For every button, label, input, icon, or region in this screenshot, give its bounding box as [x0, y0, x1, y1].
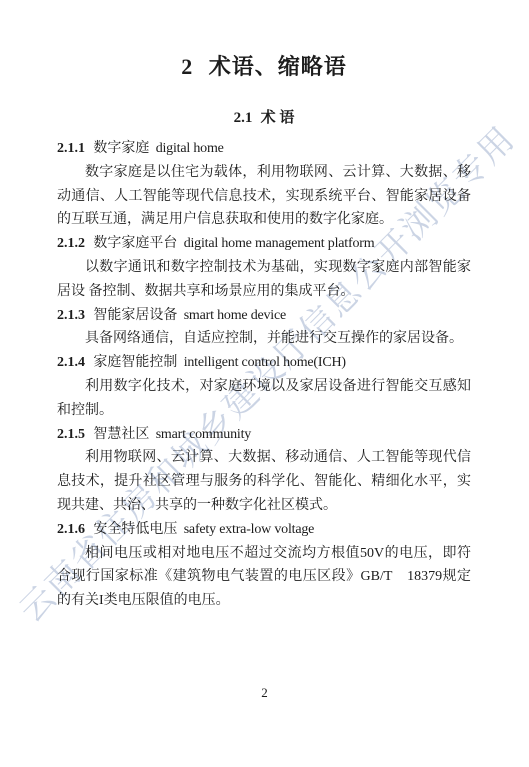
term-definition: 利用数字化技术，对家庭环境以及家居设备进行智能交互感知和控制。: [57, 375, 471, 423]
term-definition: 以数字通讯和数字控制技术为基础，实现数字家庭内部智能家居设 备控制、数据共享和场…: [57, 256, 471, 304]
chapter-title-text: 术语、缩略语: [209, 54, 347, 79]
section-heading-text: 术 语: [261, 110, 295, 126]
term-chinese: 家庭智能控制: [93, 355, 177, 370]
terms-list: 2.1.1数字家庭digital home 数字家庭是以住宅为载体，利用物联网、…: [57, 137, 471, 613]
term-chinese: 智慧社区: [93, 427, 149, 442]
term-english: digital home management platform: [184, 236, 375, 251]
page-content: 2术语、缩略语 2.1术 语 2.1.1数字家庭digital home 数字家…: [57, 0, 471, 613]
term-section: 2.1.6安全特低电压safety extra-low voltage 相间电压…: [57, 518, 471, 613]
term-chinese: 数字家庭: [93, 141, 149, 156]
term-number: 2.1.1: [57, 141, 85, 156]
term-definition: 相间电压或相对地电压不超过交流均方根值50V的电压，即符合现行国家标准《建筑物电…: [57, 542, 471, 613]
term-section: 2.1.2数字家庭平台digital home management platf…: [57, 232, 471, 303]
term-chinese: 数字家庭平台: [93, 236, 177, 251]
term-number: 2.1.2: [57, 236, 85, 251]
term-section: 2.1.5智慧社区smart community 利用物联网、云计算、大数据、移…: [57, 423, 471, 518]
term-heading: 2.1.4家庭智能控制intelligent control home(ICH): [57, 351, 471, 375]
term-number: 2.1.4: [57, 355, 85, 370]
term-heading: 2.1.2数字家庭平台digital home management platf…: [57, 232, 471, 256]
term-definition: 数字家庭是以住宅为载体，利用物联网、云计算、大数据、移动通信、人工智能等现代信息…: [57, 161, 471, 232]
term-heading: 2.1.3智能家居设备smart home device: [57, 304, 471, 328]
term-heading: 2.1.1数字家庭digital home: [57, 137, 471, 161]
term-number: 2.1.5: [57, 427, 85, 442]
term-heading: 2.1.6安全特低电压safety extra-low voltage: [57, 518, 471, 542]
term-section: 2.1.4家庭智能控制intelligent control home(ICH)…: [57, 351, 471, 422]
chapter-number: 2: [181, 54, 193, 79]
term-english: smart home device: [184, 308, 286, 323]
term-chinese: 安全特低电压: [93, 522, 177, 537]
term-definition: 利用物联网、云计算、大数据、移动通信、人工智能等现代信息技术，提升社区管理与服务…: [57, 446, 471, 517]
term-definition: 具备网络通信，自适应控制，并能进行交互操作的家居设备。: [57, 327, 471, 351]
term-section: 2.1.1数字家庭digital home 数字家庭是以住宅为载体，利用物联网、…: [57, 137, 471, 232]
section-number: 2.1: [234, 110, 253, 126]
term-chinese: 智能家居设备: [93, 308, 177, 323]
page-number: 2: [0, 685, 529, 701]
term-english: intelligent control home(ICH): [184, 355, 346, 370]
term-section: 2.1.3智能家居设备smart home device 具备网络通信，自适应控…: [57, 304, 471, 352]
term-heading: 2.1.5智慧社区smart community: [57, 423, 471, 447]
term-number: 2.1.3: [57, 308, 85, 323]
term-number: 2.1.6: [57, 522, 85, 537]
section-heading: 2.1术 语: [57, 108, 471, 128]
chapter-title: 2术语、缩略语: [57, 52, 471, 82]
term-english: digital home: [156, 141, 224, 156]
term-english: smart community: [156, 427, 251, 442]
term-english: safety extra-low voltage: [184, 522, 314, 537]
document-page: 云南省住房和城乡建设厅信息公开浏览专用 2术语、缩略语 2.1术 语 2.1.1…: [0, 0, 529, 767]
